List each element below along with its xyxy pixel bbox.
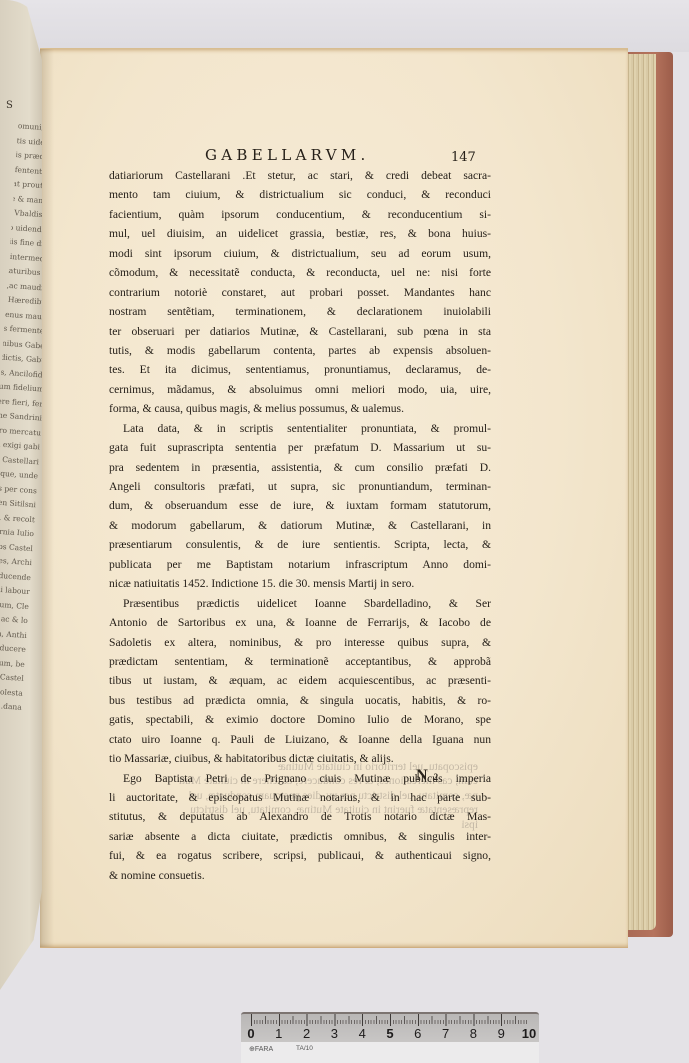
signature-mark: N2 <box>416 767 438 785</box>
facing-page-text: dictis comuni, & la-e perfolutis uidelic… <box>0 119 42 715</box>
facing-page-line: grassium, be- <box>0 654 25 672</box>
ruler-number: 9 <box>498 1026 505 1041</box>
page-block-edges <box>626 54 656 930</box>
ruler-number: 2 <box>303 1026 310 1041</box>
facing-page-line: dana. <box>0 698 22 716</box>
text-line: tes. Et ita dicimus, sententiamus, pronu… <box>109 360 491 379</box>
ruler-model: TA/10 <box>296 1045 313 1052</box>
text-line: tibus ut iustam, & æquam, ac eidem acqui… <box>109 671 491 690</box>
text-line: datiariorum Castellarani .Et stetur, ac … <box>109 166 491 185</box>
signature-number: 2 <box>434 772 439 782</box>
text-line: nicæ natiuitatis 1452. Indictione 15. di… <box>109 574 491 593</box>
text-line: bus testibus ad prædicta omnia, & singul… <box>109 691 491 710</box>
text-line: Lata data, & in scriptis sententialiter … <box>109 419 491 438</box>
text-line: facientium, quàm ipsorum conducentium, &… <box>109 205 491 224</box>
facing-page-line: sum Castel- <box>0 669 24 687</box>
text-line: contrarium notoriè constaret, aut probar… <box>109 283 491 302</box>
text-line: modi sint ipsorum ciuium, & districtuali… <box>109 244 491 263</box>
ruler-number: 4 <box>359 1026 366 1041</box>
page-number: 147 <box>451 150 476 165</box>
ruler-label-strip <box>241 1042 539 1063</box>
text-line: ctato uiro Ioanne q. Pauli de Liuizano, … <box>109 730 491 749</box>
text-line: prædictam sententiam, & terminationẽ acc… <box>109 652 491 671</box>
ruler-number: 1 <box>275 1026 282 1041</box>
text-line: mul, uel diuisim, an uidelicet grassia, … <box>109 224 491 243</box>
text-line: fui, & ea rogatus scribere, scripsi, pub… <box>109 846 491 865</box>
facing-page-line: delhes, ac & lo <box>0 611 28 629</box>
text-line: Sadoletis ex altera, nominibus, & pro in… <box>109 633 491 652</box>
facing-page-line: Sicciues, Archi <box>0 553 32 571</box>
background-surface <box>0 0 689 52</box>
section-mark: S <box>6 100 13 111</box>
facing-page-verso: S dictis comuni, & la-e perfolutis uidel… <box>0 0 42 1000</box>
text-line: forma, & causa, quibus magis, & melius p… <box>109 399 491 418</box>
text-line: sariæ absente a dicta ciuitate, prædicti… <box>109 827 491 846</box>
text-line: Antonio de Sartoribus ex una, & Ioanne d… <box>109 613 491 632</box>
ruler-number: 7 <box>442 1026 449 1041</box>
text-line: ter obseruari per datiarios Mutinæ, & Ca… <box>109 322 491 341</box>
facing-page-line: r conducere, & <box>0 640 26 658</box>
text-line: cernimus, mãdamus, & absoluimus omni mel… <box>109 380 491 399</box>
text-line: pra sedentem in præsentia, assistentia, … <box>109 458 491 477</box>
text-line: li auctoritate, & episcopatus Mutinæ not… <box>109 788 491 807</box>
scale-ruler: 012345678910 ⊕FARA TA/10 <box>241 1012 539 1063</box>
ruler-numbers: 012345678910 <box>241 1026 539 1042</box>
text-line: dum, & obseruandum esse de iure, & iuxta… <box>109 496 491 515</box>
page-header: GABELLARVM. 147 <box>205 146 495 168</box>
text-line: Angeli consultoris præfati, ut supra, si… <box>109 477 491 496</box>
ruler-number: 0 <box>247 1026 254 1041</box>
ruler-number: 3 <box>331 1026 338 1041</box>
text-line: nostram sentẽtiam, terminationem, & decl… <box>109 302 491 321</box>
text-line: gata fuit suprascripta sententia per præ… <box>109 438 491 457</box>
facing-page-line: continum, Anthi <box>0 625 27 643</box>
text-line: tutis, & modis gabellarum contenta, part… <box>109 341 491 360</box>
ruler-number: 5 <box>386 1026 393 1041</box>
text-line: præsentiarum consulentis, & de iure sent… <box>109 535 491 554</box>
text-line: tio Massariæ, ciuibus, & habitatoribus d… <box>109 749 491 768</box>
text-line: & modorum gabellarum, & datiorum Mutinæ,… <box>109 516 491 535</box>
text-line: gatis, spectabili, & eximio doctore Domi… <box>109 710 491 729</box>
text-line: & nomine consuetis. <box>109 866 491 885</box>
running-title: GABELLARVM. <box>205 146 370 164</box>
ruler-ticks <box>251 1014 529 1026</box>
ruler-number: 8 <box>470 1026 477 1041</box>
ruler-number: 10 <box>522 1026 536 1041</box>
facing-page-line: ufticil pernia Iulio <box>0 524 34 542</box>
facing-page-line: in flumen Sitilsni <box>0 495 36 513</box>
text-line: mento tam ciuium, & districtualium sic c… <box>109 185 491 204</box>
text-line: stitutus, & deputatus ab Alexandro de Tr… <box>109 807 491 826</box>
ruler-number: 6 <box>414 1026 421 1041</box>
ruler-brand: ⊕FARA <box>249 1045 273 1053</box>
text-line: publicata per me Baptistam notarium infr… <box>109 555 491 574</box>
text-line: Præsentibus prædictis uidelicet Ioanne S… <box>109 594 491 613</box>
text-line: cõmodum, & necessitatẽ conducta, & recon… <box>109 263 491 282</box>
signature-letter: N <box>416 767 428 784</box>
